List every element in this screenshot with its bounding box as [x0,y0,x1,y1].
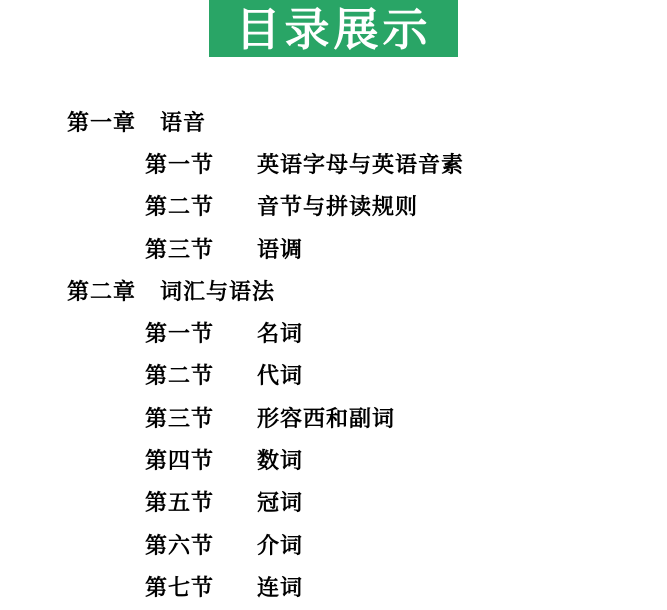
section-label: 第五节 [145,486,257,517]
section-label: 第二节 [145,359,257,390]
section-label: 第四节 [145,444,257,475]
section-row: 第三节 语调 [0,227,667,269]
toc-list: 第一章 语音 第一节 英语字母与英语音素 第二节 音节与拼读规则 第三节 语调 … [0,100,667,608]
section-row: 第六节 介词 [0,523,667,565]
section-label: 第一节 [145,317,257,348]
section-label: 第六节 [145,529,257,560]
section-row: 第五节 冠词 [0,481,667,523]
section-row: 第二节 音节与拼读规则 [0,185,667,227]
section-title: 语调 [257,233,303,264]
section-row: 第一节 英语字母与英语音素 [0,142,667,184]
section-row: 第四节 数词 [0,438,667,480]
toc-banner: 目录展示 [209,0,458,57]
banner-title: 目录展示 [235,7,431,52]
chapter-row: 第一章 语音 [0,100,667,142]
section-title: 英语字母与英语音素 [257,148,464,179]
section-row: 第一节 名词 [0,311,667,353]
section-title: 代词 [257,359,303,390]
chapter-row: 第二章 词汇与语法 [0,269,667,311]
chapter-label: 第二章 [67,275,136,306]
section-title: 介词 [257,529,303,560]
section-title: 数词 [257,444,303,475]
section-row: 第三节 形容西和副词 [0,396,667,438]
chapter-title: 词汇与语法 [160,275,275,306]
section-label: 第七节 [145,571,257,602]
section-label: 第二节 [145,190,257,221]
chapter-label: 第一章 [67,106,136,137]
chapter-title: 语音 [160,106,206,137]
section-title: 冠词 [257,486,303,517]
section-title: 音节与拼读规则 [257,190,418,221]
section-label: 第三节 [145,402,257,433]
section-title: 名词 [257,317,303,348]
section-title: 形容西和副词 [257,402,395,433]
section-row: 第七节 连词 [0,565,667,607]
section-label: 第一节 [145,148,257,179]
section-label: 第三节 [145,233,257,264]
section-row: 第二节 代词 [0,354,667,396]
section-title: 连词 [257,571,303,602]
